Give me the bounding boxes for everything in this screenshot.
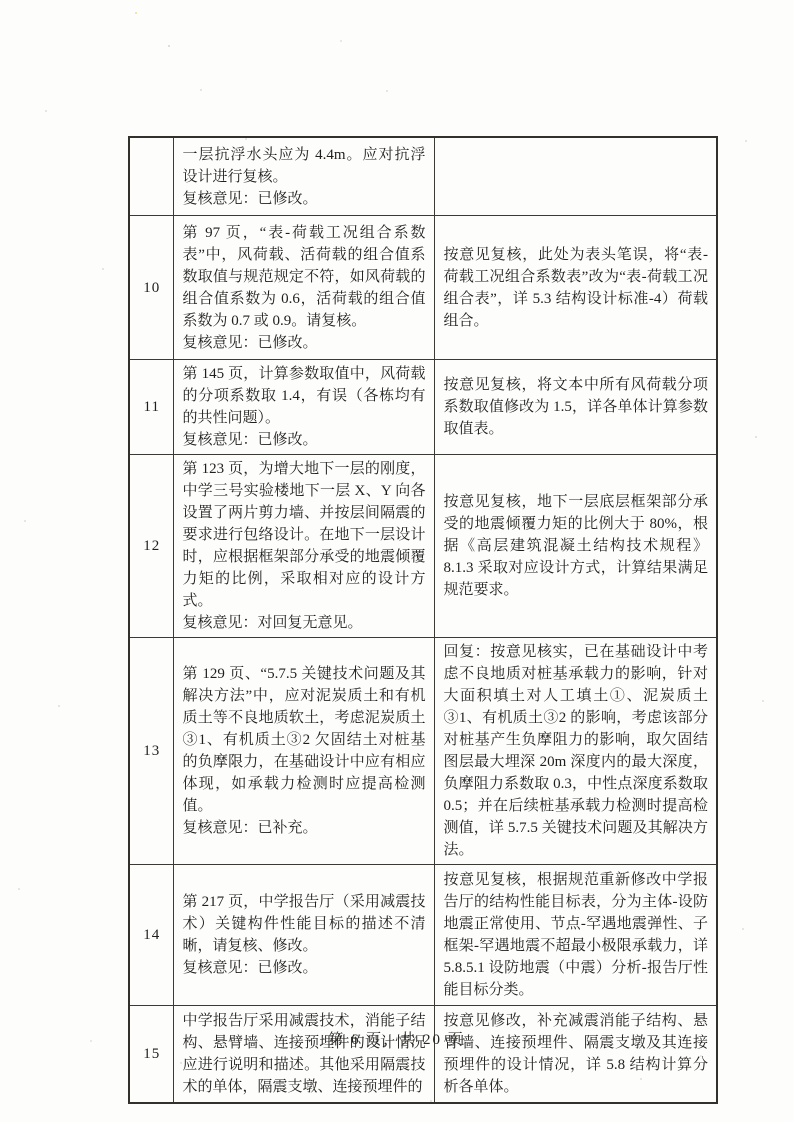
reply-text: 回复：按意见核实，已在基础设计中考虑不良地质对桩基承载力的影响，针对大面积填土对… (444, 641, 709, 861)
issue-cell: 第 123 页，为增大地下一层的刚度，中学三号实验楼地下一层 X、Y 向各设置了… (173, 455, 434, 638)
review-opinion-text: 复核意见：已修改。 (183, 332, 426, 354)
table-row-10: 10 第 97 页，“表-荷载工况组合系数表”中，风荷载、活荷载的组合值系数取值… (129, 216, 717, 360)
reply-text: 按意见复核，将文本中所有风荷载分项系数取值修改为 1.5，详各单体计算参数取值表… (444, 374, 709, 440)
table-row-12: 12 第 123 页，为增大地下一层的刚度，中学三号实验楼地下一层 X、Y 向各… (129, 455, 717, 638)
reply-cell: 按意见复核，将文本中所有风荷载分项系数取值修改为 1.5，详各单体计算参数取值表… (434, 360, 717, 455)
reply-cell: 按意见修改，补充减震消能子结构、悬臂墙、连接预埋件、隔震支墩及其连接预埋件的设计… (434, 1006, 717, 1104)
scan-noise-speckles (0, 0, 2, 2)
reply-cell: 回复：按意见核实，已在基础设计中考虑不良地质对桩基承载力的影响，针对大面积填土对… (434, 638, 717, 865)
table-row-15: 15 中学报告厅采用减震技术，消能子结构、悬臂墙、连接预埋件的设计情况应进行说明… (129, 1006, 717, 1104)
issue-text: 第 129 页、“5.7.5 关键技术问题及其解决方法”中，应对泥炭质土和有机质… (183, 663, 426, 817)
reply-cell: 按意见复核，地下一层底层框架部分承受的地震倾覆力矩的比例大于 80%，根据《高层… (434, 455, 717, 638)
row-number-cell (129, 137, 173, 216)
review-comments-table: 一层抗浮水头应为 4.4m。应对抗浮设计进行复核。 复核意见：已修改。 10 第… (128, 136, 718, 1104)
row-number-cell: 11 (129, 360, 173, 455)
reply-text: 按意见复核，此处为表头笔误，将“表-荷载工况组合系数表”改为“表-荷载工况组合表… (444, 244, 709, 332)
review-opinion-text: 复核意见：已修改。 (183, 429, 426, 451)
issue-text: 第 123 页，为增大地下一层的刚度，中学三号实验楼地下一层 X、Y 向各设置了… (183, 458, 426, 612)
page-footer: 第 6 页，共 20 页 (0, 1028, 793, 1049)
review-opinion-text: 复核意见：已修改。 (183, 188, 426, 210)
issue-text: 第 217 页，中学报告厅（采用减震技术）关键构件性能目标的描述不清晰，请复核、… (183, 891, 426, 957)
review-opinion-text: 复核意见：已补充。 (183, 817, 426, 839)
issue-cell: 第 217 页，中学报告厅（采用减震技术）关键构件性能目标的描述不清晰，请复核、… (173, 865, 434, 1006)
row-number-cell: 15 (129, 1006, 173, 1104)
table-row-11: 11 第 145 页，计算参数取值中，风荷载的分项系数取 1.4，有误（各栋均有… (129, 360, 717, 455)
page-number-text: 第 6 页，共 20 页 (328, 1032, 465, 1048)
row-number-cell: 12 (129, 455, 173, 638)
table-row-13: 13 第 129 页、“5.7.5 关键技术问题及其解决方法”中，应对泥炭质土和… (129, 638, 717, 865)
reply-cell (434, 137, 717, 216)
issue-cell: 第 129 页、“5.7.5 关键技术问题及其解决方法”中，应对泥炭质土和有机质… (173, 638, 434, 865)
reply-text: 按意见修改，补充减震消能子结构、悬臂墙、连接预埋件、隔震支墩及其连接预埋件的设计… (444, 1010, 709, 1098)
row-number-cell: 14 (129, 865, 173, 1006)
issue-cell: 中学报告厅采用减震技术，消能子结构、悬臂墙、连接预埋件的设计情况应进行说明和描述… (173, 1006, 434, 1104)
table-row-carryover: 一层抗浮水头应为 4.4m。应对抗浮设计进行复核。 复核意见：已修改。 (129, 137, 717, 216)
table-row-14: 14 第 217 页，中学报告厅（采用减震技术）关键构件性能目标的描述不清晰，请… (129, 865, 717, 1006)
issue-text: 中学报告厅采用减震技术，消能子结构、悬臂墙、连接预埋件的设计情况应进行说明和描述… (183, 1010, 426, 1098)
scanned-document-page: 一层抗浮水头应为 4.4m。应对抗浮设计进行复核。 复核意见：已修改。 10 第… (0, 0, 793, 1122)
reply-cell: 按意见复核，此处为表头笔误，将“表-荷载工况组合系数表”改为“表-荷载工况组合表… (434, 216, 717, 360)
issue-text: 一层抗浮水头应为 4.4m。应对抗浮设计进行复核。 (183, 144, 426, 188)
reply-text: 按意见复核，根据规范重新修改中学报告厅的结构性能目标表，分为主体-设防地震正常使… (444, 869, 709, 1001)
row-number-cell: 13 (129, 638, 173, 865)
issue-text: 第 97 页，“表-荷载工况组合系数表”中，风荷载、活荷载的组合值系数取值与规范… (183, 222, 426, 332)
issue-text: 第 145 页，计算参数取值中，风荷载的分项系数取 1.4，有误（各栋均有的共性… (183, 363, 426, 429)
issue-cell: 第 97 页，“表-荷载工况组合系数表”中，风荷载、活荷载的组合值系数取值与规范… (173, 216, 434, 360)
issue-cell: 一层抗浮水头应为 4.4m。应对抗浮设计进行复核。 复核意见：已修改。 (173, 137, 434, 216)
reply-cell: 按意见复核，根据规范重新修改中学报告厅的结构性能目标表，分为主体-设防地震正常使… (434, 865, 717, 1006)
issue-cell: 第 145 页，计算参数取值中，风荷载的分项系数取 1.4，有误（各栋均有的共性… (173, 360, 434, 455)
review-opinion-text: 复核意见：对回复无意见。 (183, 612, 426, 634)
reply-text: 按意见复核，地下一层底层框架部分承受的地震倾覆力矩的比例大于 80%，根据《高层… (444, 491, 709, 601)
row-number-cell: 10 (129, 216, 173, 360)
review-opinion-text: 复核意见：已修改。 (183, 957, 426, 979)
